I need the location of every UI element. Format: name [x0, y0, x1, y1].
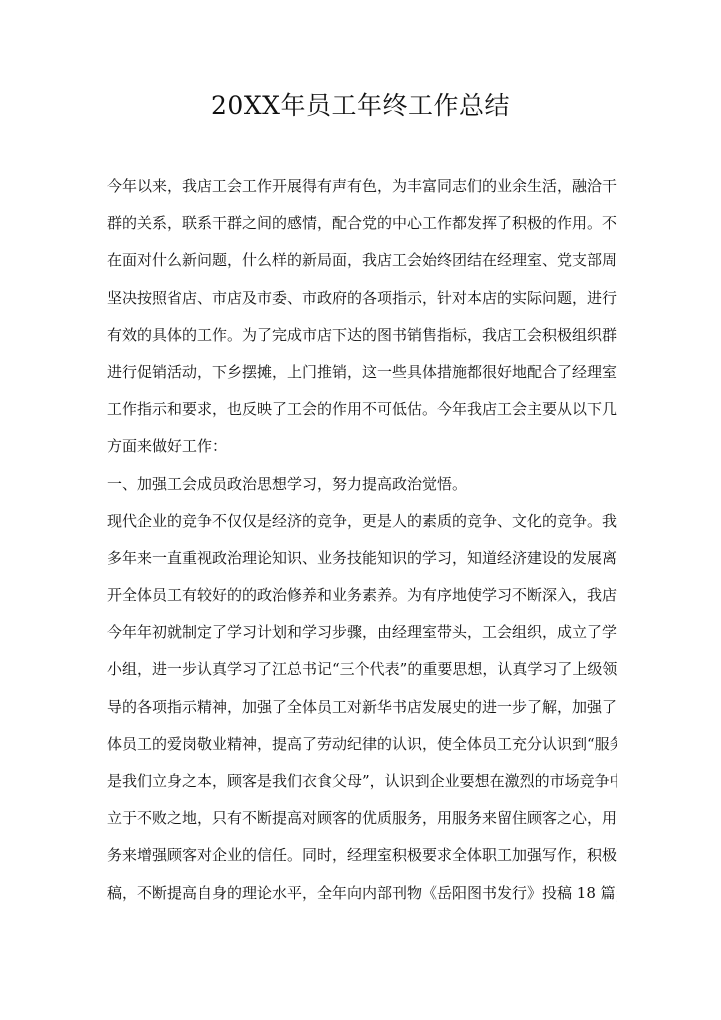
document-page: 20XX年员工年终工作总结 今年以来，我店工会工作开展得有声有色，为丰富同志们的…	[0, 0, 721, 1020]
text-line: 工作指示和要求，也反映了工会的作用不可低估。今年我店工会主要从以下几个	[107, 391, 617, 428]
text-line: 在面对什么新问题，什么样的新局面，我店工会始终团结在经理室、党支部周围，	[107, 242, 617, 279]
text-line: 稿，不断提高自身的理论水平，全年向内部刊物《岳阳图书发行》投稿 18 篇，	[107, 875, 617, 912]
text-line: 是我们立身之本，顾客是我们衣食父母”，认识到企业要想在激烈的市场竞争中	[107, 763, 617, 800]
text-line: 务来增强顾客对企业的信任。同时，经理室积极要求全体职工加强写作，积极投	[107, 837, 617, 874]
document-body: 今年以来，我店工会工作开展得有声有色，为丰富同志们的业余生活，融洽干 群的关系，…	[107, 168, 617, 912]
text-line: 开全体员工有较好的的政治修养和业务素养。为有序地使学习不断深入，我店在	[107, 577, 617, 614]
section-heading: 一、加强工会成员政治思想学习，努力提高政治觉悟。	[107, 466, 617, 503]
text-line: 立于不败之地，只有不断提高对顾客的优质服务，用服务来留住顾客之心，用服	[107, 800, 617, 837]
text-line: 群的关系，联系干群之间的感情，配合党的中心工作都发挥了积极的作用。不论	[107, 205, 617, 242]
text-line: 今年年初就制定了学习计划和学习步骤，由经理室带头，工会组织，成立了学习	[107, 614, 617, 651]
text-line: 有效的具体的工作。为了完成市店下达的图书销售指标，我店工会积极组织群众	[107, 317, 617, 354]
text-line: 体员工的爱岗敬业精神，提高了劳动纪律的认识，使全体员工充分认识到“服务	[107, 726, 617, 763]
text-line: 今年以来，我店工会工作开展得有声有色，为丰富同志们的业余生活，融洽干	[107, 168, 617, 205]
text-line: 多年来一直重视政治理论知识、业务技能知识的学习，知道经济建设的发展离不	[107, 540, 617, 577]
text-line: 现代企业的竞争不仅仅是经济的竞争，更是人的素质的竞争、文化的竞争。我店	[107, 503, 617, 540]
text-line: 坚决按照省店、市店及市委、市政府的各项指示，针对本店的实际问题，进行了	[107, 280, 617, 317]
text-line: 导的各项指示精神，加强了全体员工对新华书店发展史的进一步了解，加强了全	[107, 689, 617, 726]
document-title: 20XX年员工年终工作总结	[0, 86, 721, 126]
text-line: 小组，进一步认真学习了江总书记“三个代表”的重要思想，认真学习了上级领	[107, 651, 617, 688]
text-line: 进行促销活动，下乡摆摊，上门推销，这一些具体措施都很好地配合了经理室的	[107, 354, 617, 391]
text-line: 方面来做好工作：	[107, 428, 617, 465]
